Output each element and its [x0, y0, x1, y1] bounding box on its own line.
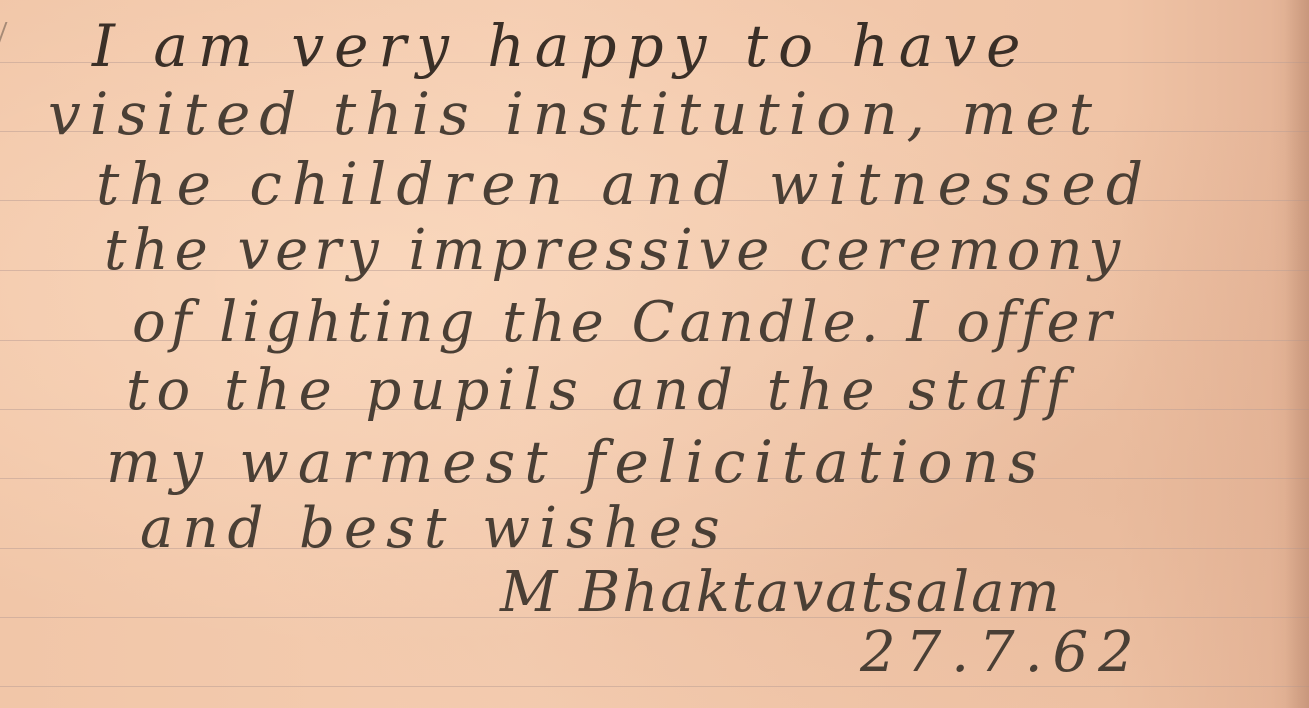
note-line-1: I am very happy to have: [92, 12, 1030, 80]
note-line-4: the very impressive ceremony: [104, 218, 1126, 283]
margin-pen-mark: [0, 22, 17, 52]
signature-date: 27.7.62: [860, 620, 1144, 685]
note-line-3: the children and witnessed: [96, 150, 1153, 218]
signature: M Bhaktavatsalam: [500, 560, 1062, 625]
ruled-line: [0, 686, 1309, 687]
note-line-5: of lighting the Candle. I offer: [132, 290, 1116, 355]
note-line-6: to the pupils and the staff: [126, 358, 1074, 423]
handwritten-note-page: I am very happy to have visited this ins…: [0, 0, 1309, 708]
page-edge-shadow: [1285, 0, 1309, 708]
note-line-8: and best wishes: [140, 496, 729, 561]
note-line-2: visited this institution, met: [48, 80, 1101, 148]
note-line-7: my warmest felicitations: [106, 428, 1047, 496]
